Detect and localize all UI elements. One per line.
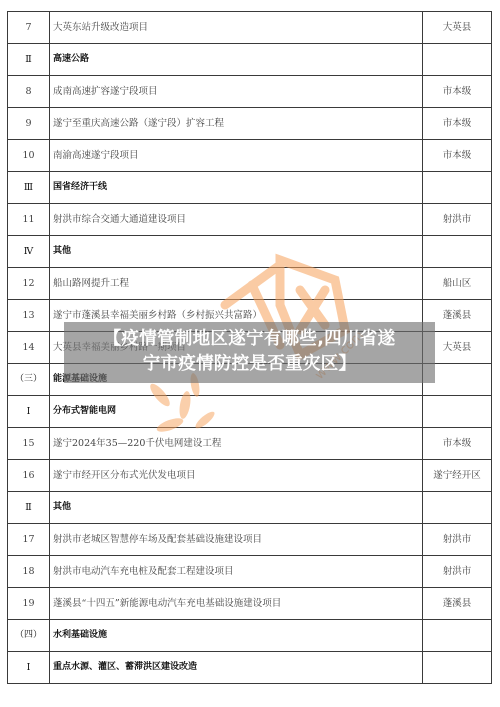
- row-number: Ⅳ: [8, 236, 50, 268]
- project-name: 其他: [50, 236, 423, 268]
- responsible-unit: 市本级: [423, 140, 492, 172]
- section-header-row: Ⅳ其他: [8, 236, 492, 268]
- row-number: （四）: [8, 620, 50, 652]
- responsible-unit: [423, 396, 492, 428]
- responsible-unit: 船山区: [423, 268, 492, 300]
- table-row: 9遂宁至重庆高速公路（遂宁段）扩容工程市本级: [8, 108, 492, 140]
- row-number: 13: [8, 300, 50, 332]
- table-row: 18射洪市电动汽车充电桩及配套工程建设项目射洪市: [8, 556, 492, 588]
- section-header-row: Ⅱ高速公路: [8, 44, 492, 76]
- row-number: 12: [8, 268, 50, 300]
- row-number: 16: [8, 460, 50, 492]
- banner-line-2: 宁市疫情防控是否重灾区】: [64, 352, 435, 377]
- responsible-unit: 射洪市: [423, 556, 492, 588]
- project-name: 南渝高速遂宁段项目: [50, 140, 423, 172]
- responsible-unit: [423, 44, 492, 76]
- row-number: 15: [8, 428, 50, 460]
- project-name: 遂宁2024年35—220千伏电网建设工程: [50, 428, 423, 460]
- project-name: 重点水源、灌区、蓄滞洪区建设改造: [50, 652, 423, 684]
- row-number: 8: [8, 76, 50, 108]
- responsible-unit: 射洪市: [423, 204, 492, 236]
- article-title-banner: 【疫情管制地区遂宁有哪些,四川省遂 宁市疫情防控是否重灾区】: [64, 322, 435, 383]
- section-header-row: Ⅲ国省经济干线: [8, 172, 492, 204]
- project-name: 水利基础设施: [50, 620, 423, 652]
- project-name: 射洪市老城区智慧停车场及配套基础设施建设项目: [50, 524, 423, 556]
- responsible-unit: [423, 492, 492, 524]
- project-name: 大英东站升级改造项目: [50, 12, 423, 44]
- row-number: 19: [8, 588, 50, 620]
- responsible-unit: 遂宁经开区: [423, 460, 492, 492]
- project-name: 遂宁市经开区分布式光伏发电项目: [50, 460, 423, 492]
- table-row: 8成南高速扩容遂宁段项目市本级: [8, 76, 492, 108]
- table-row: 17射洪市老城区智慧停车场及配套基础设施建设项目射洪市: [8, 524, 492, 556]
- banner-line-1: 【疫情管制地区遂宁有哪些,四川省遂: [64, 327, 435, 352]
- row-number: 11: [8, 204, 50, 236]
- responsible-unit: 市本级: [423, 108, 492, 140]
- responsible-unit: 射洪市: [423, 524, 492, 556]
- responsible-unit: [423, 236, 492, 268]
- row-number: 10: [8, 140, 50, 172]
- project-name: 分布式智能电网: [50, 396, 423, 428]
- project-name: 国省经济干线: [50, 172, 423, 204]
- row-number: Ⅰ: [8, 396, 50, 428]
- project-name: 高速公路: [50, 44, 423, 76]
- row-number: Ⅲ: [8, 172, 50, 204]
- responsible-unit: [423, 172, 492, 204]
- row-number: Ⅱ: [8, 492, 50, 524]
- row-number: （三）: [8, 364, 50, 396]
- row-number: Ⅱ: [8, 44, 50, 76]
- project-name: 射洪市综合交通大通道建设项目: [50, 204, 423, 236]
- responsible-unit: 蓬溪县: [423, 588, 492, 620]
- project-name: 射洪市电动汽车充电桩及配套工程建设项目: [50, 556, 423, 588]
- row-number: 7: [8, 12, 50, 44]
- section-header-row: （四）水利基础设施: [8, 620, 492, 652]
- row-number: 14: [8, 332, 50, 364]
- table-row: 15遂宁2024年35—220千伏电网建设工程市本级: [8, 428, 492, 460]
- responsible-unit: 大英县: [423, 12, 492, 44]
- responsible-unit: [423, 620, 492, 652]
- responsible-unit: 市本级: [423, 428, 492, 460]
- project-name: 蓬溪县“十四五”新能源电动汽车充电基础设施建设项目: [50, 588, 423, 620]
- responsible-unit: [423, 652, 492, 684]
- section-header-row: Ⅰ重点水源、灌区、蓄滞洪区建设改造: [8, 652, 492, 684]
- responsible-unit: 市本级: [423, 76, 492, 108]
- table-row: 12船山路网提升工程船山区: [8, 268, 492, 300]
- section-header-row: Ⅱ其他: [8, 492, 492, 524]
- table-row: 10南渝高速遂宁段项目市本级: [8, 140, 492, 172]
- row-number: 9: [8, 108, 50, 140]
- row-number: 17: [8, 524, 50, 556]
- table-row: 19蓬溪县“十四五”新能源电动汽车充电基础设施建设项目蓬溪县: [8, 588, 492, 620]
- project-name: 船山路网提升工程: [50, 268, 423, 300]
- project-name: 其他: [50, 492, 423, 524]
- table-row: 11射洪市综合交通大通道建设项目射洪市: [8, 204, 492, 236]
- table-row: 7大英东站升级改造项目大英县: [8, 12, 492, 44]
- project-name: 遂宁至重庆高速公路（遂宁段）扩容工程: [50, 108, 423, 140]
- table-row: 16遂宁市经开区分布式光伏发电项目遂宁经开区: [8, 460, 492, 492]
- row-number: Ⅰ: [8, 652, 50, 684]
- project-name: 成南高速扩容遂宁段项目: [50, 76, 423, 108]
- row-number: 18: [8, 556, 50, 588]
- section-header-row: Ⅰ分布式智能电网: [8, 396, 492, 428]
